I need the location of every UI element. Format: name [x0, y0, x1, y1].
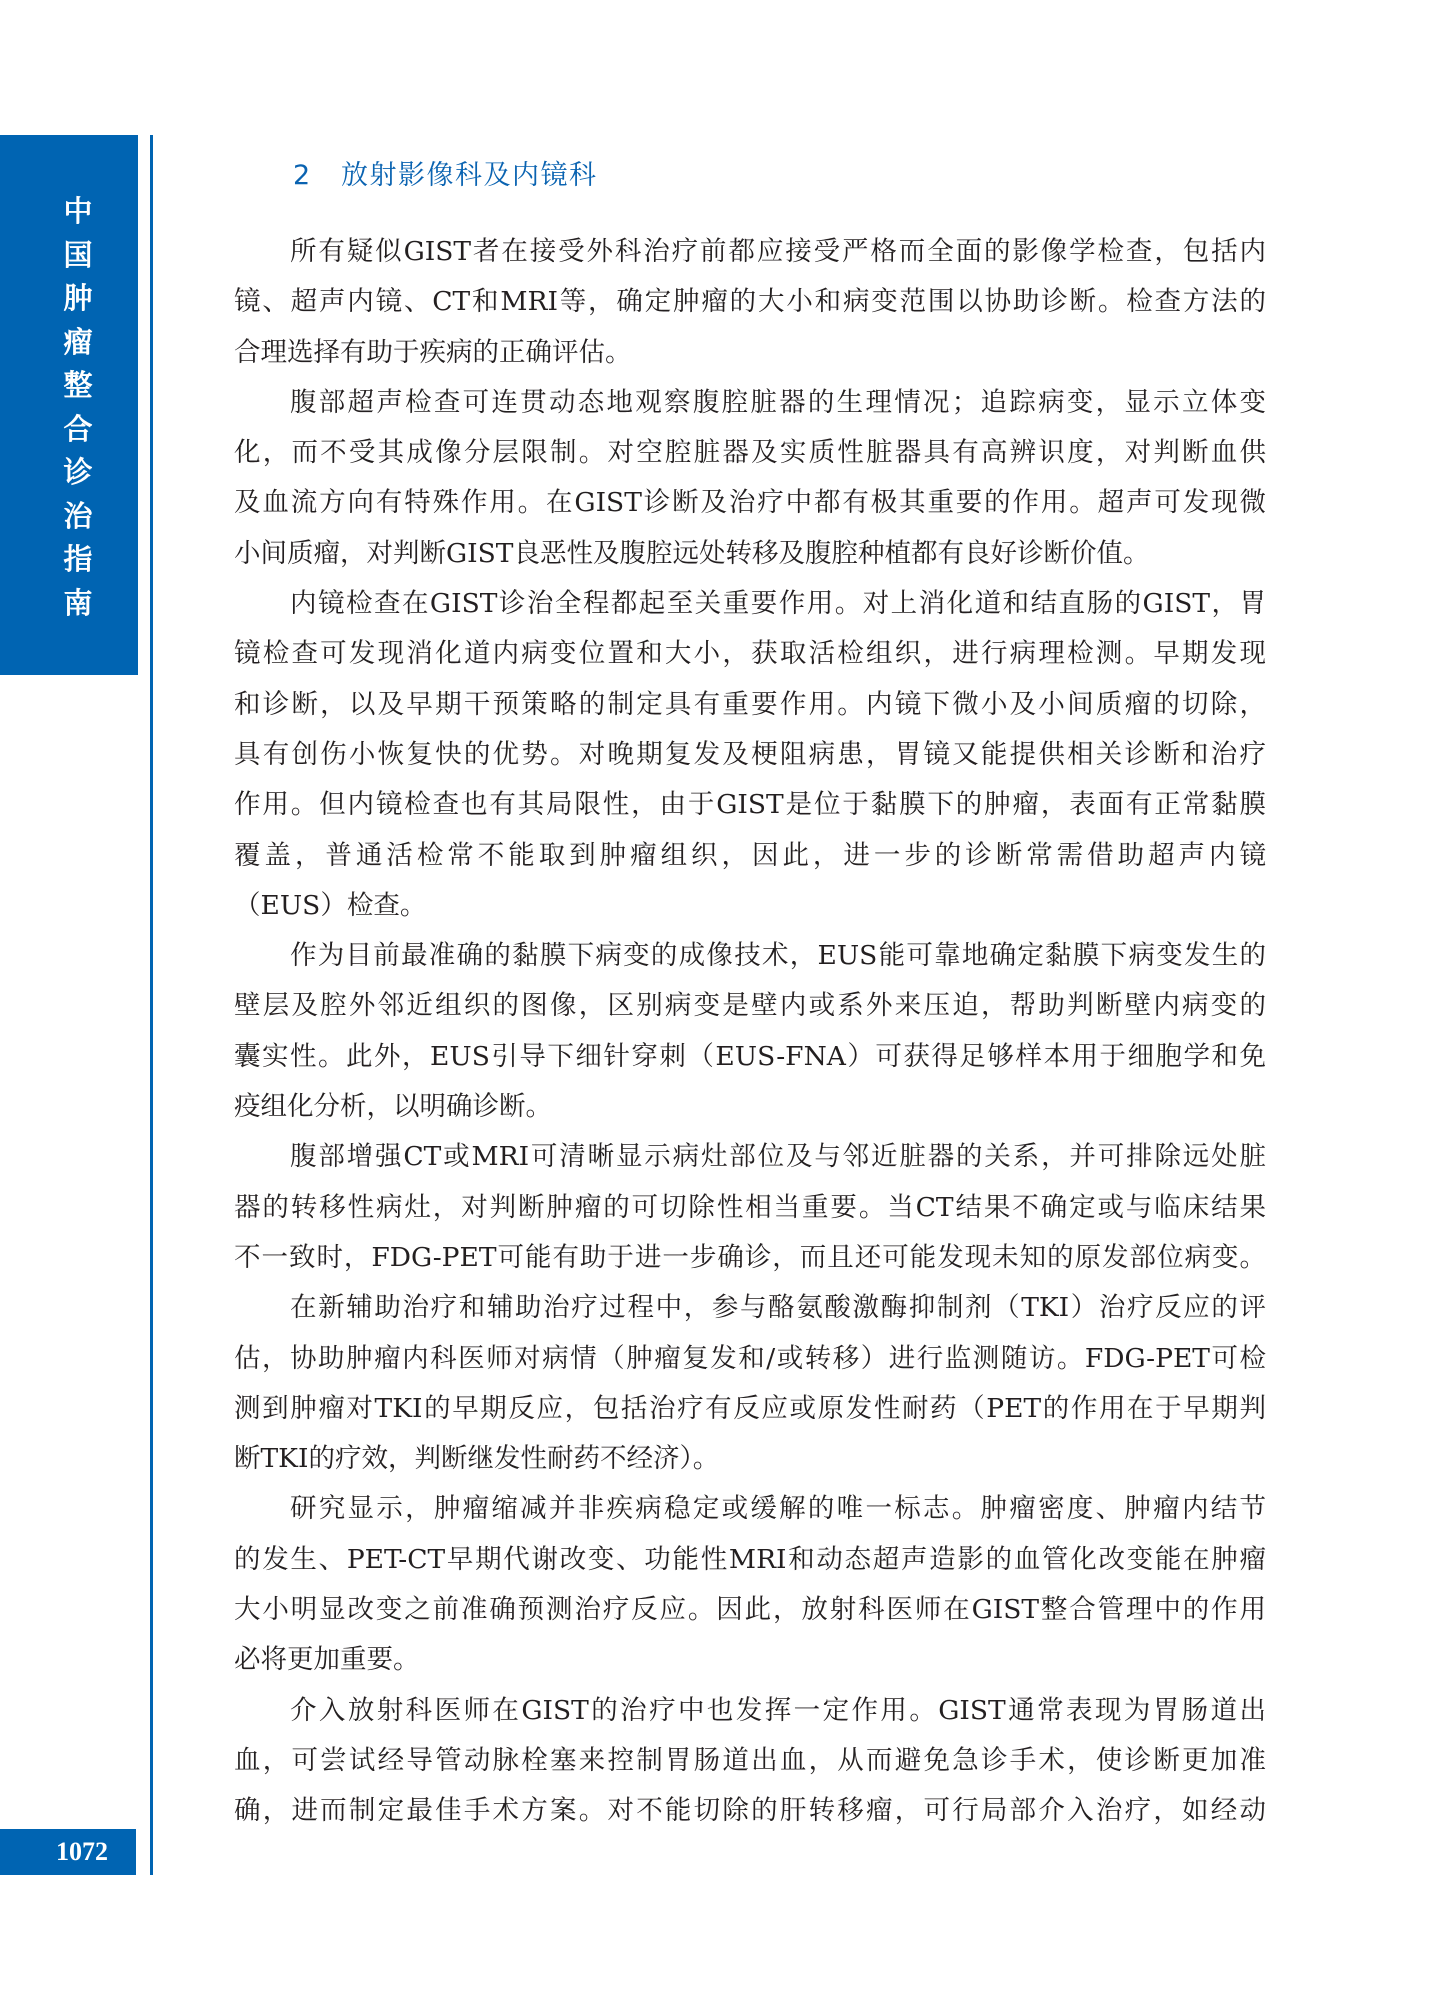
paragraph-interventional-radiology: 介入放射科医师在GIST的治疗中也发挥一定作用。GIST通常表现为胃肠道出 血，…: [234, 1686, 1266, 1837]
book-title-char: 南: [63, 582, 92, 626]
book-title-char: 诊: [63, 451, 92, 495]
text-line: 不一致时，FDG-PET可能有助于进一步确诊，而且还可能发现未知的原发部位病变。: [234, 1233, 1266, 1283]
text-line: 大小明显改变之前准确预测治疗反应。因此，放射科医师在GIST整合管理中的作用: [234, 1585, 1266, 1635]
text-line: 和诊断，以及早期干预策略的制定具有重要作用。内镜下微小及小间质瘤的切除，: [234, 680, 1266, 730]
section-title: 放射影像科及内镜科: [341, 160, 598, 191]
page-number: 1072: [56, 1829, 108, 1875]
paragraph-ultrasound: 腹部超声检查可连贯动态地观察腹腔脏器的生理情况；追踪病变，显示立体变 化，而不受…: [234, 378, 1266, 579]
book-title-char: 治: [63, 495, 92, 539]
book-title-char: 指: [63, 538, 92, 582]
text-line: 壁层及腔外邻近组织的图像，区别病变是壁内或系外来压迫，帮助判断壁内病变的: [234, 981, 1266, 1031]
section-heading: 2放射影像科及内镜科: [293, 156, 598, 196]
paragraph-ct-mri: 腹部增强CT或MRI可清晰显示病灶部位及与邻近脏器的关系，并可排除远处脏 器的转…: [234, 1132, 1266, 1283]
text-line: 镜检查可发现消化道内病变位置和大小，获取活检组织，进行病理检测。早期发现: [234, 629, 1266, 679]
text-line: 测到肿瘤对TKI的早期反应，包括治疗有反应或原发性耐药（PET的作用在于早期判: [234, 1384, 1266, 1434]
text-line: 必将更加重要。: [234, 1635, 1266, 1685]
text-line: 估，协助肿瘤内科医师对病情（肿瘤复发和/或转移）进行监测随访。FDG-PET可检: [234, 1334, 1266, 1384]
page-number-tab: 1072: [0, 1829, 136, 1875]
text-line: 囊实性。此外，EUS引导下细针穿刺（EUS-FNA）可获得足够样本用于细胞学和免: [234, 1032, 1266, 1082]
text-line: 具有创伤小恢复快的优势。对晚期复发及梗阻病患，胃镜又能提供相关诊断和治疗: [234, 730, 1266, 780]
text-line: 血，可尝试经导管动脉栓塞来控制胃肠道出血，从而避免急诊手术，使诊断更加准: [234, 1736, 1266, 1786]
book-title-char: 整: [63, 364, 92, 408]
book-title-char: 瘤: [63, 321, 92, 365]
book-title-char: 中: [63, 190, 92, 234]
text-line: 作用。但内镜检查也有其局限性，由于GIST是位于黏膜下的肿瘤，表面有正常黏膜: [234, 780, 1266, 830]
book-title-char: 肿: [63, 277, 92, 321]
text-line: 作为目前最准确的黏膜下病变的成像技术，EUS能可靠地确定黏膜下病变发生的: [234, 931, 1266, 981]
text-line: 内镜检查在GIST诊治全程都起至关重要作用。对上消化道和结直肠的GIST，胃: [234, 579, 1266, 629]
text-line: 腹部超声检查可连贯动态地观察腹腔脏器的生理情况；追踪病变，显示立体变: [234, 378, 1266, 428]
text-line: 疫组化分析，以明确诊断。: [234, 1082, 1266, 1132]
text-line: （EUS）检查。: [234, 881, 1266, 931]
text-line: 断TKI的疗效，判断继发性耐药不经济）。: [234, 1434, 1266, 1484]
book-title-vertical: 中 国 肿 瘤 整 合 诊 治 指 南: [0, 190, 156, 625]
text-line: 研究显示，肿瘤缩减并非疾病稳定或缓解的唯一标志。肿瘤密度、肿瘤内结节: [234, 1484, 1266, 1534]
text-line: 确，进而制定最佳手术方案。对不能切除的肝转移瘤，可行局部介入治疗，如经动: [234, 1786, 1266, 1836]
paragraph-eus: 作为目前最准确的黏膜下病变的成像技术，EUS能可靠地确定黏膜下病变发生的 壁层及…: [234, 931, 1266, 1132]
text-line: 腹部增强CT或MRI可清晰显示病灶部位及与邻近脏器的关系，并可排除远处脏: [234, 1132, 1266, 1182]
book-title-char: 国: [63, 234, 92, 278]
text-line: 覆盖，普通活检常不能取到肿瘤组织，因此，进一步的诊断常需借助超声内镜: [234, 831, 1266, 881]
body-text: 所有疑似GIST者在接受外科治疗前都应接受严格而全面的影像学检查，包括内 镜、超…: [234, 227, 1266, 1837]
margin-rule-divider: [150, 135, 153, 1875]
text-line: 合理选择有助于疾病的正确评估。: [234, 328, 1266, 378]
paragraph-tki-monitoring: 在新辅助治疗和辅助治疗过程中，参与酪氨酸激酶抑制剂（TKI）治疗反应的评 估，协…: [234, 1283, 1266, 1484]
section-number: 2: [293, 156, 341, 196]
text-line: 器的转移性病灶，对判断肿瘤的可切除性相当重要。当CT结果不确定或与临床结果: [234, 1183, 1266, 1233]
paragraph-research-findings: 研究显示，肿瘤缩减并非疾病稳定或缓解的唯一标志。肿瘤密度、肿瘤内结节 的发生、P…: [234, 1484, 1266, 1685]
text-line: 在新辅助治疗和辅助治疗过程中，参与酪氨酸激酶抑制剂（TKI）治疗反应的评: [234, 1283, 1266, 1333]
text-line: 介入放射科医师在GIST的治疗中也发挥一定作用。GIST通常表现为胃肠道出: [234, 1686, 1266, 1736]
text-line: 小间质瘤，对判断GIST良恶性及腹腔远处转移及腹腔种植都有良好诊断价值。: [234, 529, 1266, 579]
paragraph-endoscopy: 内镜检查在GIST诊治全程都起至关重要作用。对上消化道和结直肠的GIST，胃 镜…: [234, 579, 1266, 931]
text-line: 所有疑似GIST者在接受外科治疗前都应接受严格而全面的影像学检查，包括内: [234, 227, 1266, 277]
text-line: 的发生、PET-CT早期代谢改变、功能性MRI和动态超声造影的血管化改变能在肿瘤: [234, 1535, 1266, 1585]
text-line: 及血流方向有特殊作用。在GIST诊断及治疗中都有极其重要的作用。超声可发现微: [234, 478, 1266, 528]
book-title-char: 合: [63, 408, 92, 452]
text-line: 镜、超声内镜、CT和MRI等，确定肿瘤的大小和病变范围以协助诊断。检查方法的: [234, 277, 1266, 327]
paragraph-imaging-overview: 所有疑似GIST者在接受外科治疗前都应接受严格而全面的影像学检查，包括内 镜、超…: [234, 227, 1266, 378]
text-line: 化，而不受其成像分层限制。对空腔脏器及实质性脏器具有高辨识度，对判断血供: [234, 428, 1266, 478]
